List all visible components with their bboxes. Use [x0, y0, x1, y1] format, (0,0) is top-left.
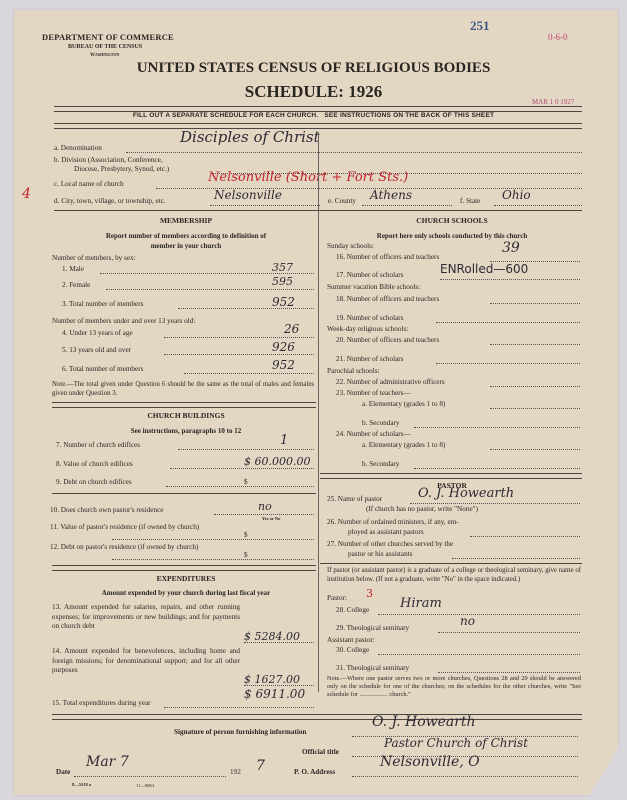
signature-label: Signature of person furnishing informati… [174, 728, 306, 736]
over-13-value: 926 [272, 340, 295, 354]
buildings-title: CHURCH BUILDINGS [54, 411, 318, 420]
column-divider [318, 132, 319, 692]
owns-residence-value: no [258, 500, 272, 513]
footer-divider [52, 714, 582, 720]
edifices-count-value: 1 [280, 433, 288, 448]
weekday-officers-label: 20. Number of officers and teachers [336, 336, 439, 344]
sunday-scholars-label: 17. Number of scholars [336, 271, 403, 279]
county-label: e. County [328, 197, 356, 205]
po-address-value: Nelsonville, O [380, 754, 480, 770]
membership-title: MEMBERSHIP [54, 216, 318, 225]
edifices-debt-label: 9. Debt on church edifices [56, 478, 132, 486]
total-expenditures-value: $ 6911.00 [244, 687, 305, 701]
form-number-stamp: 251 [470, 18, 490, 34]
buildings-subtitle: See instructions, paragraphs 10 to 12 [54, 427, 318, 435]
parochial-admin-field[interactable] [490, 386, 580, 387]
other-churches-label-2: pastor or his assistants [348, 550, 412, 558]
other-churches-label-1: 27. Number of other churches served by t… [327, 540, 453, 548]
scholars-elementary-field[interactable] [490, 449, 580, 450]
city-label: d. City, town, village, or township, etc… [54, 197, 166, 205]
pastor-divider [320, 563, 582, 564]
weekday-scholars-field[interactable] [436, 363, 580, 364]
division-label-2: Diocese, Presbytery, Synod, etc.) [74, 165, 169, 173]
residence-value-value: $ [244, 531, 248, 539]
male-label: 1. Male [62, 265, 84, 273]
sunday-scholars-value: ENRolled—600 [440, 262, 528, 276]
male-value: 357 [272, 261, 293, 274]
sunday-officers-label: 16. Number of officers and teachers [336, 253, 439, 261]
residence-debt-field[interactable] [112, 559, 314, 560]
asst-seminary-label: 31. Theological seminary [336, 664, 409, 672]
summer-schools-label: Summer vacation Bible schools: [327, 283, 420, 291]
total-expenditures-field[interactable] [164, 707, 314, 708]
form-title: UNITED STATES CENSUS OF RELIGIOUS BODIES [0, 60, 627, 77]
pastor-mark: 3 [366, 587, 373, 600]
local-name-label: c. Local name of church [54, 180, 124, 188]
signature-value: O. J. Howearth [372, 714, 476, 730]
asst-college-field[interactable] [378, 654, 580, 655]
po-address-label: P. O. Address [294, 768, 335, 776]
scholars-elementary-label: a. Elementary (grades 1 to 8) [362, 441, 445, 449]
total-members-2-field[interactable] [184, 373, 314, 374]
denomination-label: a. Denomination [54, 144, 102, 152]
local-name-value: Nelsonville (Short + Fort Sts.) [208, 170, 408, 185]
weekday-officers-field[interactable] [490, 344, 580, 345]
residence-divider [52, 565, 316, 571]
female-value: 595 [272, 275, 293, 288]
summer-officers-label: 18. Number of officers and teachers [336, 295, 439, 303]
assistant-pastors-label-2: ployed as assistant pastors [348, 528, 424, 536]
edifices-debt-value: $ [244, 478, 248, 486]
graduate-note: If pastor (or assistant pastor) is a gra… [327, 566, 581, 584]
female-field[interactable] [106, 289, 314, 290]
benevolences-label: 14. Amount expended for benevolences, in… [52, 647, 240, 676]
received-date-stamp: MAR 1 0 1927 [532, 98, 574, 106]
over-13-label: 5. 13 years old and over [62, 346, 131, 354]
edifices-value-label: 8. Value of church edifices [56, 460, 133, 468]
division-label-1: b. Division (Association, Conference, [54, 156, 163, 164]
under-13-field[interactable] [164, 337, 314, 338]
seminary-label: 29. Theological seminary [336, 624, 409, 632]
college-label: 28. College [336, 606, 369, 614]
scholars-secondary-field[interactable] [414, 468, 580, 469]
instructions-left: FILL OUT A SEPARATE SCHEDULE FOR EACH CH… [133, 112, 318, 119]
assistant-pastors-label-1: 26. Number of ordained ministers, if any… [327, 518, 459, 526]
state-label: f. State [460, 197, 480, 205]
running-expenses-value: $ 5284.00 [244, 630, 300, 643]
owns-residence-field[interactable] [214, 514, 314, 515]
county-value: Athens [370, 188, 412, 202]
other-churches-field[interactable] [452, 558, 580, 559]
pastor-name-label: 25. Name of pastor [327, 495, 382, 503]
asst-college-label: 30. College [336, 646, 369, 654]
edifices-debt-field[interactable] [166, 486, 314, 487]
church-schools-title: CHURCH SCHOOLS [320, 216, 584, 225]
residence-debt-label: 12. Debt on pastor's residence (if owned… [50, 543, 240, 552]
owns-residence-label: 10. Does church own pastor's residence [50, 506, 163, 514]
membership-note: Note.—The total given under Question 6 s… [52, 380, 314, 398]
over-13-field[interactable] [164, 354, 314, 355]
running-expenses-label: 13. Amount expended for salaries, repair… [52, 603, 240, 632]
under-13-value: 26 [284, 322, 299, 336]
assistant-pastor-sublabel: Assistant pastor: [327, 636, 375, 644]
parochial-schools-label: Parochial schools: [327, 367, 380, 375]
membership-subtitle-1: Report number of members according to de… [54, 232, 318, 240]
total-members-label: 3. Total number of members [62, 300, 143, 308]
total-members-2-value: 952 [272, 358, 295, 372]
date-value: Mar 7 [86, 754, 129, 770]
parochial-admin-label: 22. Number of administrative officers [336, 378, 445, 386]
date-field[interactable] [74, 776, 226, 777]
edifices-count-label: 7. Number of church edifices [56, 441, 140, 449]
total-expenditures-label: 15. Total expenditures during year [52, 699, 151, 707]
residence-debt-value: $ [244, 551, 248, 559]
scholars-secondary-label: b. Secondary [362, 460, 400, 468]
weekday-schools-label: Week-day religious schools: [327, 325, 408, 333]
residence-value-label: 11. Value of pastor's residence (if owne… [50, 523, 240, 532]
expenditures-subtitle: Amount expended by your church during la… [54, 589, 318, 597]
summer-scholars-field[interactable] [436, 322, 580, 323]
seminary-field[interactable] [438, 632, 580, 633]
by-sex-label: Number of members, by sex: [52, 254, 136, 262]
membership-subtitle-2: member in your church [54, 242, 318, 250]
denomination-field[interactable] [126, 152, 582, 153]
total-members-value: 952 [272, 295, 295, 309]
pastor-name-value: O. J. Howearth [418, 486, 514, 501]
instructions-banner: FILL OUT A SEPARATE SCHEDULE FOR EACH CH… [0, 112, 627, 119]
year-suffix: 7 [256, 758, 265, 774]
city-value: Nelsonville [214, 188, 282, 202]
official-title-label: Official title [302, 748, 339, 756]
city-heading: Washington [90, 52, 119, 58]
state-field[interactable] [494, 205, 582, 206]
buildings-divider [52, 493, 316, 494]
pastor-none-hint: (If church has no pastor, write "None") [366, 505, 478, 513]
parochial-scholars-label: 24. Number of scholars— [336, 430, 411, 438]
teachers-secondary-field[interactable] [414, 427, 580, 428]
college-field[interactable] [378, 614, 580, 615]
form-code: 8—5518 a [72, 782, 91, 787]
total-members-2-label: 6. Total number of members [62, 365, 143, 373]
teachers-elementary-label: a. Elementary (grades 1 to 8) [362, 400, 445, 408]
college-value: Hiram [400, 596, 442, 611]
denomination-value: Disciples of Christ [180, 128, 320, 146]
residence-value-field[interactable] [112, 539, 314, 540]
instructions-right: SEE INSTRUCTIONS ON THE BACK OF THIS SHE… [324, 112, 494, 119]
teachers-elementary-field[interactable] [490, 408, 580, 409]
benevolences-value: $ 1627.00 [244, 673, 300, 686]
female-label: 2. Female [62, 281, 90, 289]
date-label: Date [56, 768, 70, 776]
summer-officers-field[interactable] [490, 303, 580, 304]
state-value: Ohio [502, 188, 531, 202]
print-code: 11—9084 [136, 783, 154, 788]
sunday-scholars-field[interactable] [440, 279, 580, 280]
county-field[interactable] [362, 205, 452, 206]
official-title-value: Pastor Church of Christ [384, 736, 528, 750]
sunday-schools-label: Sunday schools: [327, 242, 374, 250]
weekday-scholars-label: 21. Number of scholars [336, 355, 403, 363]
edifices-count-field[interactable] [178, 449, 314, 450]
parochial-teachers-label: 23. Number of teachers— [336, 389, 411, 397]
summer-scholars-label: 19. Number of scholars [336, 314, 403, 322]
expenditures-title: EXPENDITURES [54, 574, 318, 583]
church-schools-subtitle: Report here only schools conducted by th… [320, 232, 584, 240]
pastor-name-field[interactable] [410, 503, 580, 504]
asst-seminary-field[interactable] [438, 672, 580, 673]
pastor-sublabel: Pastor: [327, 594, 347, 602]
multiple-churches-note: Note.—Where one pastor serves two or mor… [327, 675, 581, 699]
department-heading: DEPARTMENT OF COMMERCE [42, 32, 174, 42]
assistant-pastors-field[interactable] [470, 536, 580, 537]
edifices-value-field[interactable] [170, 468, 314, 469]
schools-divider [320, 473, 582, 479]
age-group-label: Number of members under and over 13 year… [52, 317, 195, 325]
seminary-value: no [460, 614, 475, 628]
sunday-officers-value: 39 [502, 240, 520, 256]
membership-divider [52, 402, 316, 408]
teachers-secondary-label: b. Secondary [362, 419, 400, 427]
under-13-label: 4. Under 13 years of age [62, 329, 133, 337]
bureau-heading: BUREAU OF THE CENSUS [68, 44, 142, 50]
city-field[interactable] [210, 205, 320, 206]
code-mark: 0-6-0 [548, 32, 568, 42]
margin-mark: 4 [22, 186, 31, 202]
po-address-field[interactable] [352, 776, 578, 777]
edifices-value-value: $ 60.000.00 [244, 455, 310, 468]
yes-no-hint: Yes or No [262, 516, 280, 521]
year-prefix: 192 [230, 768, 241, 776]
